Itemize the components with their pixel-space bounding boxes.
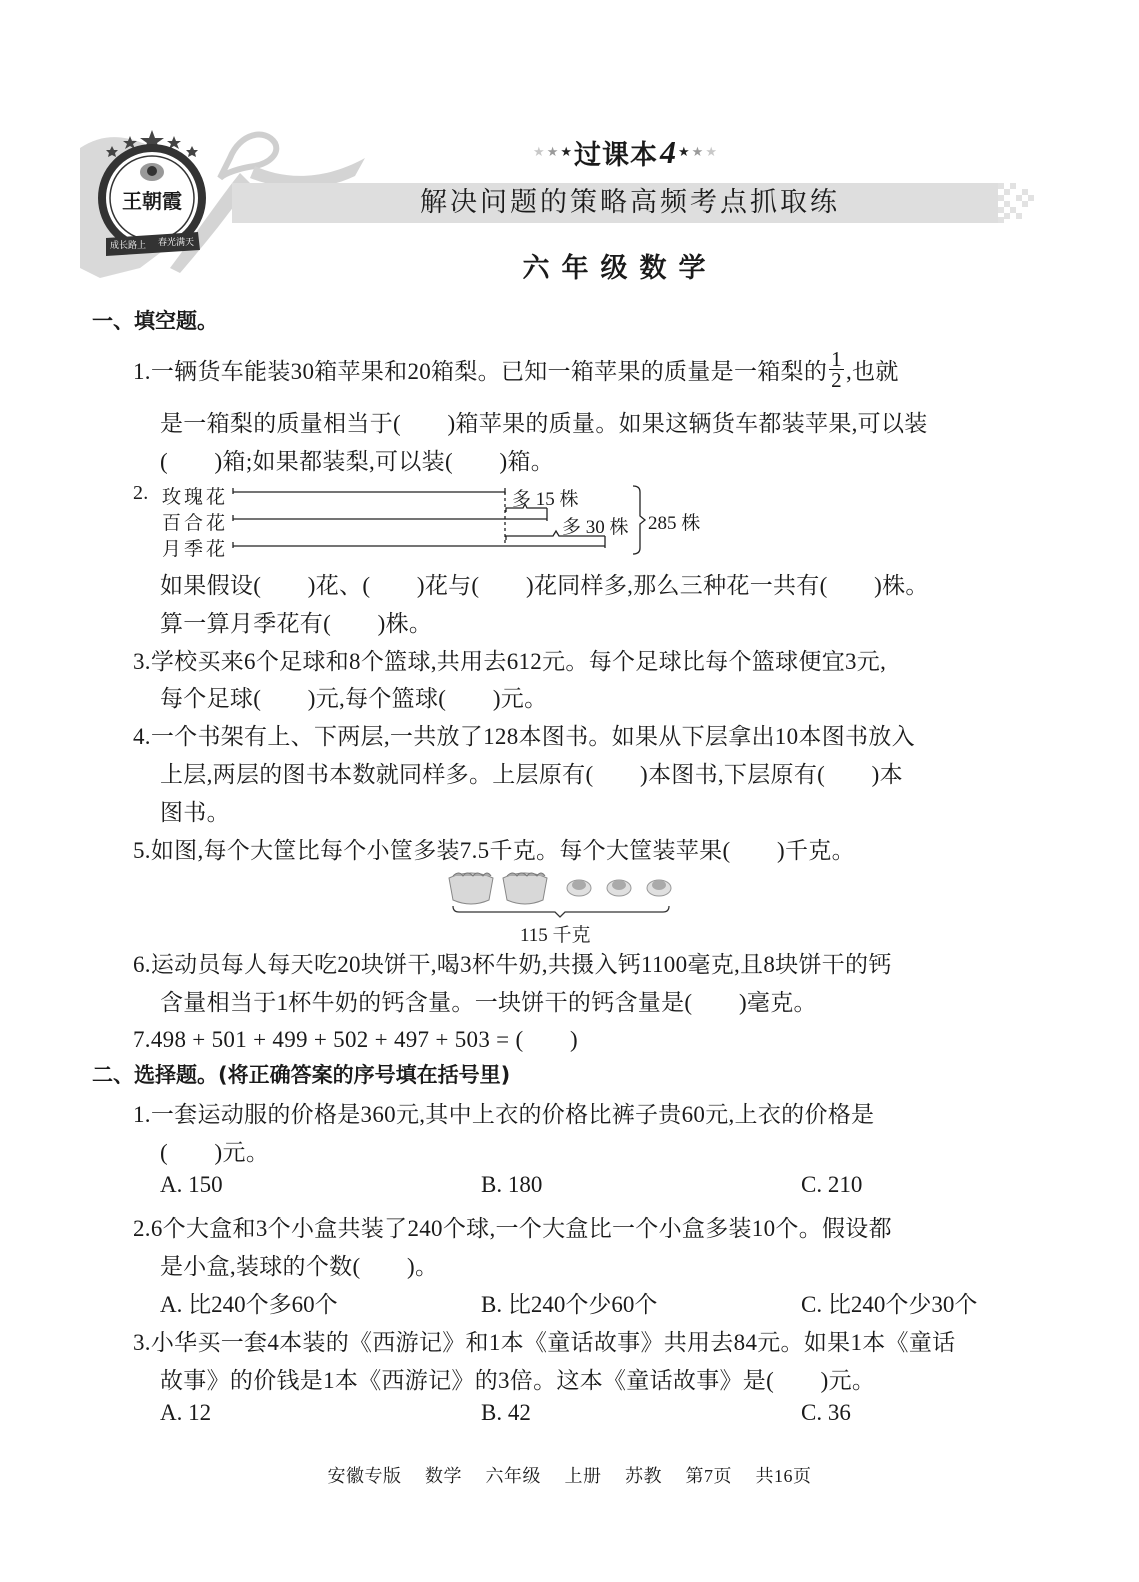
question-1-line-2: 是一箱梨的质量相当于( )箱苹果的质量。如果这辆货车都装苹果,可以装 xyxy=(160,405,928,438)
question-6-line-2: 含量相当于1杯牛奶的钙含量。一块饼干的钙含量是( )毫克。 xyxy=(160,984,817,1017)
mc-question-2-line-1: 2.6个大盒和3个小盒共装了240个球,一个大盒比一个小盒多装10个。假设都 xyxy=(133,1210,892,1243)
mc-question-3-option-a: A. 12 xyxy=(160,1400,211,1426)
diagram-note-30: 多 30 株 xyxy=(562,512,629,539)
question-4-line-3: 图书。 xyxy=(160,794,230,827)
grade-title: 六年级数学 xyxy=(420,246,820,285)
question-text: 小华买一套4本装的《西游记》和1本《童话故事》共用去84元。如果1本《童话 xyxy=(151,1330,956,1355)
question-number: 3. xyxy=(133,649,151,674)
mc-question-3-option-b: B. 42 xyxy=(481,1400,531,1426)
big-basket-icon xyxy=(449,873,493,904)
question-3-line-2: 每个足球( )元,每个篮球( )元。 xyxy=(160,680,547,713)
question-1-line-3: ( )箱;如果都装梨,可以装( )箱。 xyxy=(160,443,554,476)
question-2-line-1: 如果假设( )花、( )花与( )花同样多,那么三种花一共有( )株。 xyxy=(160,567,929,600)
question-text: 一个书架有上、下两层,一共放了128本图书。如果从下层拿出10本图书放入 xyxy=(151,724,915,749)
question-text: 498 + 501 + 499 + 502 + 497 + 503 = ( ) xyxy=(151,1027,578,1052)
question-text: 如图,每个大筐比每个小筐多装7.5千克。每个大筐装苹果( )千克。 xyxy=(151,838,855,863)
diagram-note-15: 多 15 株 xyxy=(512,484,579,511)
mc-question-1-option-a: A. 150 xyxy=(160,1172,223,1198)
section-heading-multiple-choice: 二、选择题。(将正确答案的序号填在括号里) xyxy=(92,1059,510,1089)
small-basket-icon xyxy=(567,880,591,896)
question-number: 1. xyxy=(133,359,151,384)
mc-question-2-option-a: A. 比240个多60个 xyxy=(160,1286,338,1319)
main-title: 解决问题的策略高频考点抓取练 xyxy=(320,183,940,223)
checker-pattern xyxy=(998,183,1038,223)
mc-question-1-line-2: ( )元。 xyxy=(160,1134,269,1167)
star-icon: ★ xyxy=(678,145,690,160)
svg-text:春光满天: 春光满天 xyxy=(158,236,194,248)
question-2-number: 2. xyxy=(133,482,149,505)
question-text: 6个大盒和3个小盒共装了240个球,一个大盒比一个小盒多装10个。假设都 xyxy=(151,1216,892,1241)
mc-question-2-line-2: 是小盒,装球的个数( )。 xyxy=(160,1248,438,1281)
basket-total-label: 115 千克 xyxy=(520,920,591,947)
kicker-heading: ★ ★ ★ 过课本 4 ★ ★ ★ xyxy=(500,132,750,172)
mc-question-1-option-c: C. 210 xyxy=(801,1172,862,1198)
question-1-line-1: 1.一辆货车能装30箱苹果和20箱梨。已知一箱苹果的质量是一箱梨的12,也就 xyxy=(133,353,899,394)
question-text: ,也就 xyxy=(846,359,899,384)
mc-question-3-line-2: 故事》的价钱是1本《西游记》的3倍。这本《童话故事》是( )元。 xyxy=(160,1362,875,1395)
star-icon: ★ xyxy=(547,145,559,160)
section-heading-fill-blank: 一、填空题。 xyxy=(92,305,218,335)
fraction: 12 xyxy=(829,349,844,390)
small-basket-icon xyxy=(607,880,631,896)
mc-question-3-line-1: 3.小华买一套4本装的《西游记》和1本《童话故事》共用去84元。如果1本《童话 xyxy=(133,1324,955,1357)
question-3-line-1: 3.学校买来6个足球和8个篮球,共用去612元。每个足球比每个篮球便宜3元, xyxy=(133,643,886,676)
kicker-text: 过课本 xyxy=(574,133,658,172)
page-footer: 安徽专版 数学 六年级 上册 苏教 第7页 共16页 xyxy=(0,1462,1139,1488)
question-4-line-1: 4.一个书架有上、下两层,一共放了128本图书。如果从下层拿出10本图书放入 xyxy=(133,718,915,751)
question-5-line-1: 5.如图,每个大筐比每个小筐多装7.5千克。每个大筐装苹果( )千克。 xyxy=(133,832,855,865)
question-text: 一套运动服的价格是360元,其中上衣的价格比裤子贵60元,上衣的价格是 xyxy=(151,1102,875,1127)
question-4-line-2: 上层,两层的图书本数就同样多。上层原有( )本图书,下层原有( )本 xyxy=(160,756,903,789)
question-text: 运动员每人每天吃20块饼干,喝3杯牛奶,共摄入钙1100毫克,且8块饼干的钙 xyxy=(151,952,892,977)
mc-question-2-option-c: C. 比240个少30个 xyxy=(801,1286,977,1319)
question-number: 2. xyxy=(133,1216,151,1241)
star-icon: ★ xyxy=(533,145,545,160)
brand-logo: 王朝霞 成长路上 春光满天 xyxy=(96,128,208,260)
diagram-label-lily: 百合花 xyxy=(162,508,228,535)
star-icon: ★ xyxy=(560,145,572,160)
question-number: 4. xyxy=(133,724,151,749)
big-basket-icon xyxy=(503,873,547,904)
question-7-line-1: 7.498 + 501 + 499 + 502 + 497 + 503 = ( … xyxy=(133,1021,578,1054)
question-2-line-2: 算一算月季花有( )株。 xyxy=(160,605,432,638)
question-number: 1. xyxy=(133,1102,151,1127)
kicker-number: 4 xyxy=(660,134,676,171)
svg-text:成长路上: 成长路上 xyxy=(110,239,146,251)
small-basket-icon xyxy=(647,880,671,896)
basket-figure xyxy=(445,866,685,918)
mc-question-1-option-b: B. 180 xyxy=(481,1172,542,1198)
question-number: 5. xyxy=(133,838,151,863)
question-text: 一辆货车能装30箱苹果和20箱梨。已知一箱苹果的质量是一箱梨的 xyxy=(151,359,827,384)
mc-question-2-option-b: B. 比240个少60个 xyxy=(481,1286,657,1319)
question-number: 7. xyxy=(133,1027,151,1052)
fraction-denominator: 2 xyxy=(831,370,842,390)
mc-question-1-line-1: 1.一套运动服的价格是360元,其中上衣的价格比裤子贵60元,上衣的价格是 xyxy=(133,1096,874,1129)
question-number: 6. xyxy=(133,952,151,977)
diagram-total: 285 株 xyxy=(648,508,700,535)
mc-question-3-option-c: C. 36 xyxy=(801,1400,851,1426)
star-icon: ★ xyxy=(692,145,704,160)
diagram-label-rose: 玫瑰花 xyxy=(162,482,228,509)
star-icon: ★ xyxy=(705,145,717,160)
question-text: 学校买来6个足球和8个篮球,共用去612元。每个足球比每个篮球便宜3元, xyxy=(151,649,886,674)
svg-text:王朝霞: 王朝霞 xyxy=(122,189,182,213)
question-number: 3. xyxy=(133,1330,151,1355)
diagram-label-chinarose: 月季花 xyxy=(162,534,228,561)
fraction-numerator: 1 xyxy=(829,349,844,370)
question-6-line-1: 6.运动员每人每天吃20块饼干,喝3杯牛奶,共摄入钙1100毫克,且8块饼干的钙 xyxy=(133,946,892,979)
